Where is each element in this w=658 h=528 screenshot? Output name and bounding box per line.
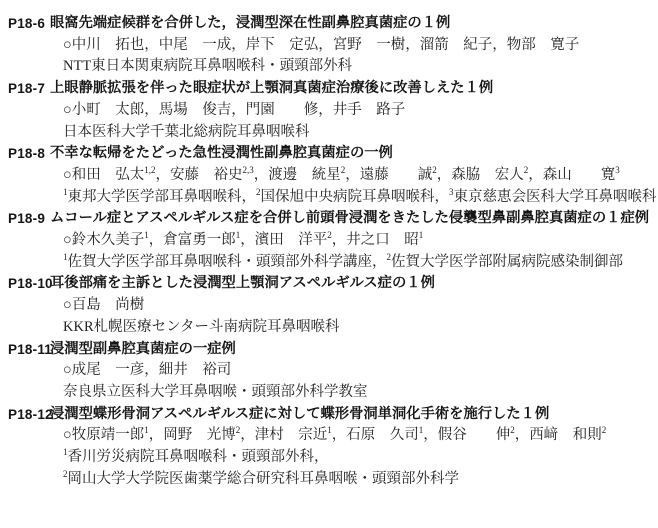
entry-p18-12: P18-12 浸潤型蝶形骨洞アスペルギルス症に対して蝶形骨洞単洞化手術を施行した… (8, 404, 654, 491)
abstract-program-page: P18-6 眼窩先端症候群を合併した，浸潤型深在性副鼻腔真菌症の１例 ○中川 拓… (0, 0, 658, 528)
entry-p18-10: P18-10 耳後部痛を主訴とした浸潤型上顎洞アスペルギルス症の１例 ○百島 尚… (8, 273, 654, 338)
entry-authors: ○小町 太郎，馬場 俊吉，門園 修，井手 路子 (63, 100, 654, 122)
entry-number: P18-12 (8, 404, 53, 426)
entry-number: P18-7 (8, 78, 45, 100)
entry-authors: ○中川 拓也，中尾 一成，岸下 定弘，宮野 一樹，溜箭 紀子，物部 寛子 (63, 35, 654, 57)
entry-title: 耳後部痛を主訴とした浸潤型上顎洞アスペルギルス症の１例 (50, 273, 654, 295)
entry-p18-8: P18-8 不幸な転帰をたどった急性浸潤性副鼻腔真菌症の一例 ○和田 弘太1,2… (8, 143, 654, 208)
entry-title: 不幸な転帰をたどった急性浸潤性副鼻腔真菌症の一例 (50, 143, 654, 165)
entry-title: 浸潤型副鼻腔真菌症の一症例 (50, 339, 654, 361)
entry-number: P18-9 (8, 208, 45, 230)
entry-title: 眼窩先端症候群を合併した，浸潤型深在性副鼻腔真菌症の１例 (50, 13, 654, 35)
entry-p18-11: P18-11 浸潤型副鼻腔真菌症の一症例 ○成尾 一彦，細井 裕司 奈良県立医科… (8, 339, 654, 404)
entry-authors: ○百島 尚樹 (63, 295, 654, 317)
entry-affiliation: NTT東日本関東病院耳鼻咽喉科・頭頸部外科 (63, 56, 654, 78)
entry-affiliation: 奈良県立医科大学耳鼻咽喉・頭頸部外科学教室 (63, 382, 654, 404)
entry-p18-6: P18-6 眼窩先端症候群を合併した，浸潤型深在性副鼻腔真菌症の１例 ○中川 拓… (8, 13, 654, 78)
entry-number: P18-8 (8, 143, 45, 165)
entry-number: P18-10 (8, 273, 53, 295)
entry-affiliation: 2岡山大学大学院医歯薬学総合研究科耳鼻咽喉・頭頸部外科学 (63, 469, 654, 491)
entry-number: P18-6 (8, 13, 45, 35)
entry-title: 浸潤型蝶形骨洞アスペルギルス症に対して蝶形骨洞単洞化手術を施行した１例 (50, 404, 654, 426)
entry-p18-7: P18-7 上眼静脈拡張を伴った眼症状が上顎洞真菌症治療後に改善しえた１例 ○小… (8, 78, 654, 143)
entry-affiliation: 1東邦大学医学部耳鼻咽喉科，2国保旭中央病院耳鼻咽喉科，3東京慈恵会医科大学耳鼻… (63, 187, 654, 209)
entry-number: P18-11 (8, 339, 52, 361)
entry-authors: ○牧原靖一郎1，岡野 光博2，津村 宗近1，石原 久司1，假谷 伸2，西﨑 和則… (63, 425, 654, 447)
entry-title: 上眼静脈拡張を伴った眼症状が上顎洞真菌症治療後に改善しえた１例 (50, 78, 654, 100)
entry-authors: ○和田 弘太1,2，安藤 裕史2,3，渡邊 統星2，遠藤 誠2，森脇 宏人2，森… (63, 165, 654, 187)
entry-affiliation: KKR札幌医療センター斗南病院耳鼻咽喉科 (63, 317, 654, 339)
entry-title: ムコール症とアスペルギルス症を合併し前頭骨浸潤をきたした侵襲型鼻副鼻腔真菌症の１… (50, 208, 654, 230)
entry-authors: ○成尾 一彦，細井 裕司 (63, 360, 654, 382)
entry-affiliation: 日本医科大学千葉北総病院耳鼻咽喉科 (63, 122, 654, 144)
entry-authors: ○鈴木久美子1，倉富勇一郎1，濱田 洋平2，井之口 昭1 (63, 230, 654, 252)
entry-affiliation: 1佐賀大学医学部耳鼻咽喉科・頭頸部外科学講座，2佐賀大学医学部附属病院感染制御部 (63, 252, 654, 274)
entry-p18-9: P18-9 ムコール症とアスペルギルス症を合併し前頭骨浸潤をきたした侵襲型鼻副鼻… (8, 208, 654, 273)
entry-affiliation: 1香川労災病院耳鼻咽喉科・頭頸部外科， (63, 447, 654, 469)
